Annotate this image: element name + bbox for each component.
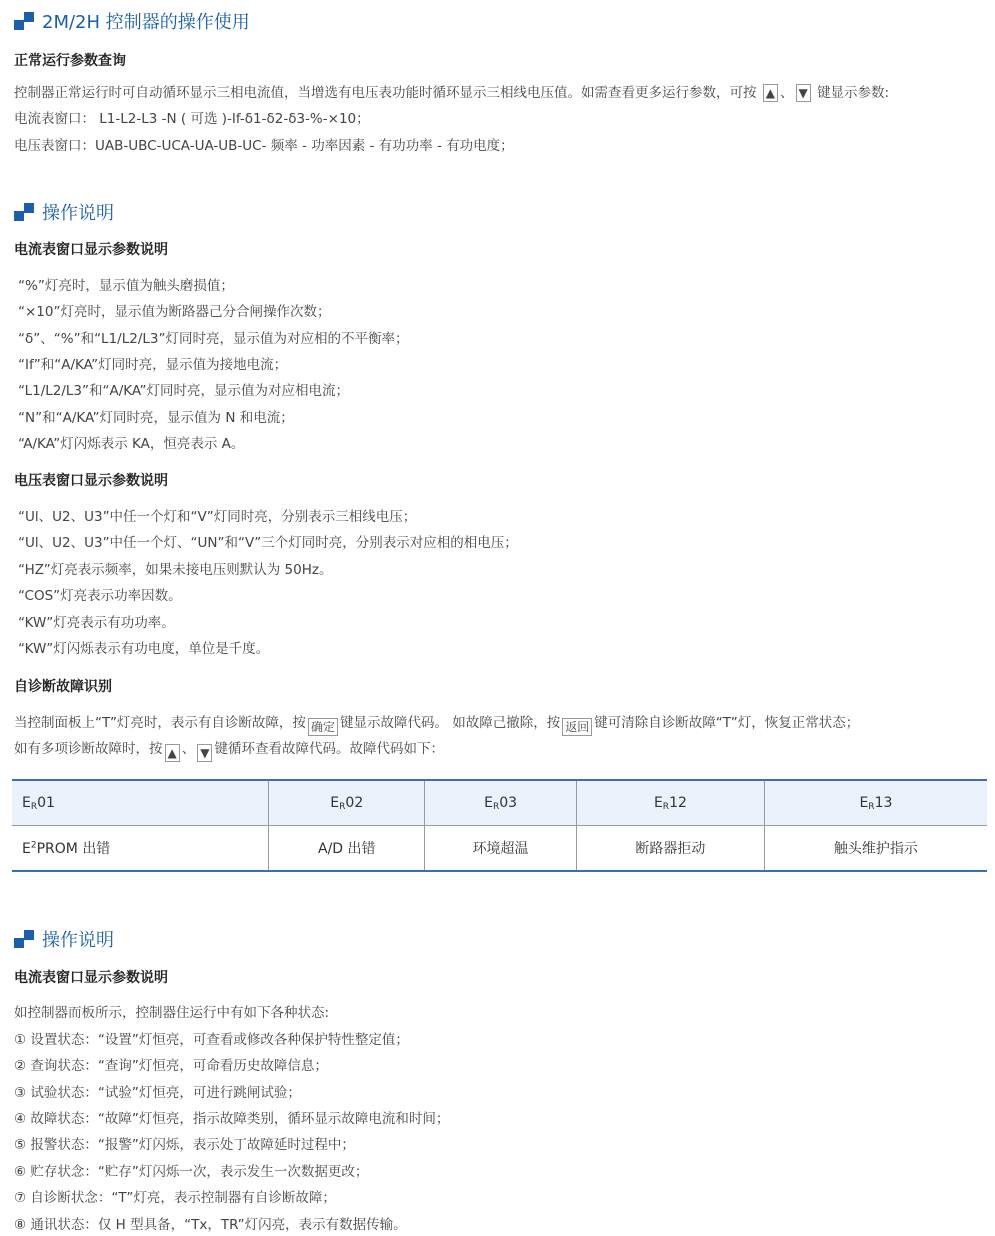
error-code-table: ER01 ER02 ER03 ER12 ER13 E2PROM 出错 A/D 出… [12, 779, 987, 872]
confirm-key-icon: 确定 [308, 718, 338, 736]
error-code-cell: ER02 [269, 780, 425, 826]
states-intro: 如控制器而板所示，控制器住运行中有如下各种状态: [14, 1003, 329, 1023]
list-item: ④ 故障状态：“故障”灯恒亮，指示故障类别，循环显示故障电流和时间； [14, 1109, 449, 1129]
list-item: ⑦ 自诊断状念：“T”灯亮，表示控制器有自诊断故障； [14, 1188, 336, 1208]
error-code-cell: ER13 [764, 780, 987, 826]
diag-line-1: 当控制面板上“T”灯亮时，表示有自诊断故障，按确定键显示故障代码。 如故障己撤除… [14, 713, 859, 733]
error-desc-cell: 环境超温 [425, 826, 577, 872]
list-item: “×10”灯亮时，显示值为断路器己分合闸操作次数； [18, 302, 330, 322]
list-item: “COS”灯亮表示功率因数。 [18, 586, 182, 606]
down-key-icon: ▼ [796, 84, 811, 102]
up-key-icon: ▲ [763, 84, 778, 102]
diag-text: 键显示故障代码。 如故障己撤除，按 [340, 715, 560, 731]
error-desc-cell: 断路器拒动 [576, 826, 764, 872]
error-code-cell: ER03 [425, 780, 577, 826]
separator: 、 [780, 85, 794, 101]
list-item: “L1/L2/L3”和“A/KA”灯同时亮，显示值为对应相电流； [18, 381, 349, 401]
error-desc-cell: E2PROM 出错 [12, 826, 269, 872]
list-item: ① 设置状态：“设置”灯恒亮，可查看或修改各种保护特性整定值； [14, 1030, 409, 1050]
blue-squares-icon [14, 203, 34, 221]
section-title-operation: 操作说明 [14, 199, 114, 225]
list-item: “KW”灯亮表示有功功率。 [18, 613, 175, 633]
table-row: E2PROM 出错 A/D 出错 环境超温 断路器拒动 触头维护指示 [12, 826, 987, 872]
list-item: ⑥ 贮存状念：“贮存”灯闪烁一次，表示发生一次数据更改； [14, 1162, 368, 1182]
diag-text: 键可清除自诊断故障“T”灯，恢复正常状态； [594, 715, 859, 731]
down-key-icon: ▼ [197, 744, 212, 762]
diag-text: 如有多项诊断故障时，按 [14, 741, 163, 757]
list-item: “A/KA”灯闪烁表示 KA，恒亮表示 A。 [18, 434, 244, 454]
list-item: ⑤ 报警状态：“报警”灯闪烁，表示处丁故障延时过程中； [14, 1135, 355, 1155]
subtitle-voltage-window: 电压表窗口显示参数说明 [14, 471, 168, 491]
subtitle-self-diagnosis: 自诊断故障识别 [14, 677, 112, 697]
list-item: ⑧ 通讯状态：仅 H 型具备，“Tx，TR”灯闪亮，表示有数据传输。 [14, 1215, 407, 1235]
list-item: “Ul、U2、U3”中任一个灯、“UN”和“V”三个灯同时亮，分别表示对应相的相… [18, 533, 518, 553]
section-title-text: 2M/2H 控制器的操作使用 [42, 8, 250, 34]
diag-text: 当控制面板上“T”灯亮时，表示有自诊断故障，按 [14, 715, 306, 731]
intro-text: 控制器正常运行时可自动循环显示三相电流值，当增选有电压表功能时循环显示三相线电压… [14, 85, 757, 101]
list-item: “Ul、U2、U3”中任一个灯和“V”灯同时亮，分别表示三相线电压； [18, 507, 416, 527]
subtitle-states: 电流表窗口显示参数说明 [14, 968, 168, 988]
blue-squares-icon [14, 12, 34, 30]
section-title-usage: 2M/2H 控制器的操作使用 [14, 8, 250, 34]
error-desc-cell: A/D 出错 [269, 826, 425, 872]
intro-text-end: 键显示参数: [817, 85, 889, 101]
diag-line-2: 如有多项诊断故障时，按▲、▼键循环查看故障代码。故障代码如下： [14, 739, 444, 759]
back-key-icon: 返回 [562, 718, 592, 736]
table-row: ER01 ER02 ER03 ER12 ER13 [12, 780, 987, 826]
list-item: “N”和“A/KA”灯同时亮，显示值为 N 和电流； [18, 408, 294, 428]
blue-squares-icon [14, 930, 34, 948]
section-title-text: 操作说明 [42, 926, 114, 952]
list-item: “HZ”灯亮表示频率，如果未接电压则默认为 50Hz。 [18, 560, 332, 580]
current-window-line: 电流表窗口： L1-L2-L3 -N ( 可选 )-If-δ1-δ2-δ3-%-… [14, 109, 370, 129]
list-item: “δ”、“%”和“L1/L2/L3”灯同时亮，显示值为对应相的不平衡率； [18, 329, 408, 349]
list-item: “If”和“A/KA”灯同时亮，显示值为接地电流； [18, 355, 287, 375]
list-item: ② 查询状态：“查询”灯恒亮，可命看历史故障信息； [14, 1056, 328, 1076]
list-item: ③ 试验状态：“试验”灯恒亮，可进行跳闸试验； [14, 1083, 301, 1103]
error-code-cell: ER12 [576, 780, 764, 826]
up-key-icon: ▲ [165, 744, 180, 762]
intro-line: 控制器正常运行时可自动循环显示三相电流值，当增选有电压表功能时循环显示三相线电压… [14, 83, 889, 103]
list-item: “%”灯亮时，显示值为触头磨损值； [18, 276, 234, 296]
section-title-operation-2: 操作说明 [14, 926, 114, 952]
subtitle-normal-params: 正常运行参数查询 [14, 51, 126, 71]
subtitle-current-window: 电流表窗口显示参数说明 [14, 240, 168, 260]
error-desc-cell: 触头维护指示 [764, 826, 987, 872]
diag-text: 键循环查看故障代码。故障代码如下： [214, 741, 444, 757]
separator: 、 [182, 741, 196, 757]
section-title-text: 操作说明 [42, 199, 114, 225]
voltage-window-line: 电压表窗口：UAB-UBC-UCA-UA-UB-UC- 频率 - 功率因素 - … [14, 136, 514, 156]
list-item: “KW”灯闪烁表示有功电度，单位是千度。 [18, 639, 269, 659]
error-code-cell: ER01 [12, 780, 269, 826]
